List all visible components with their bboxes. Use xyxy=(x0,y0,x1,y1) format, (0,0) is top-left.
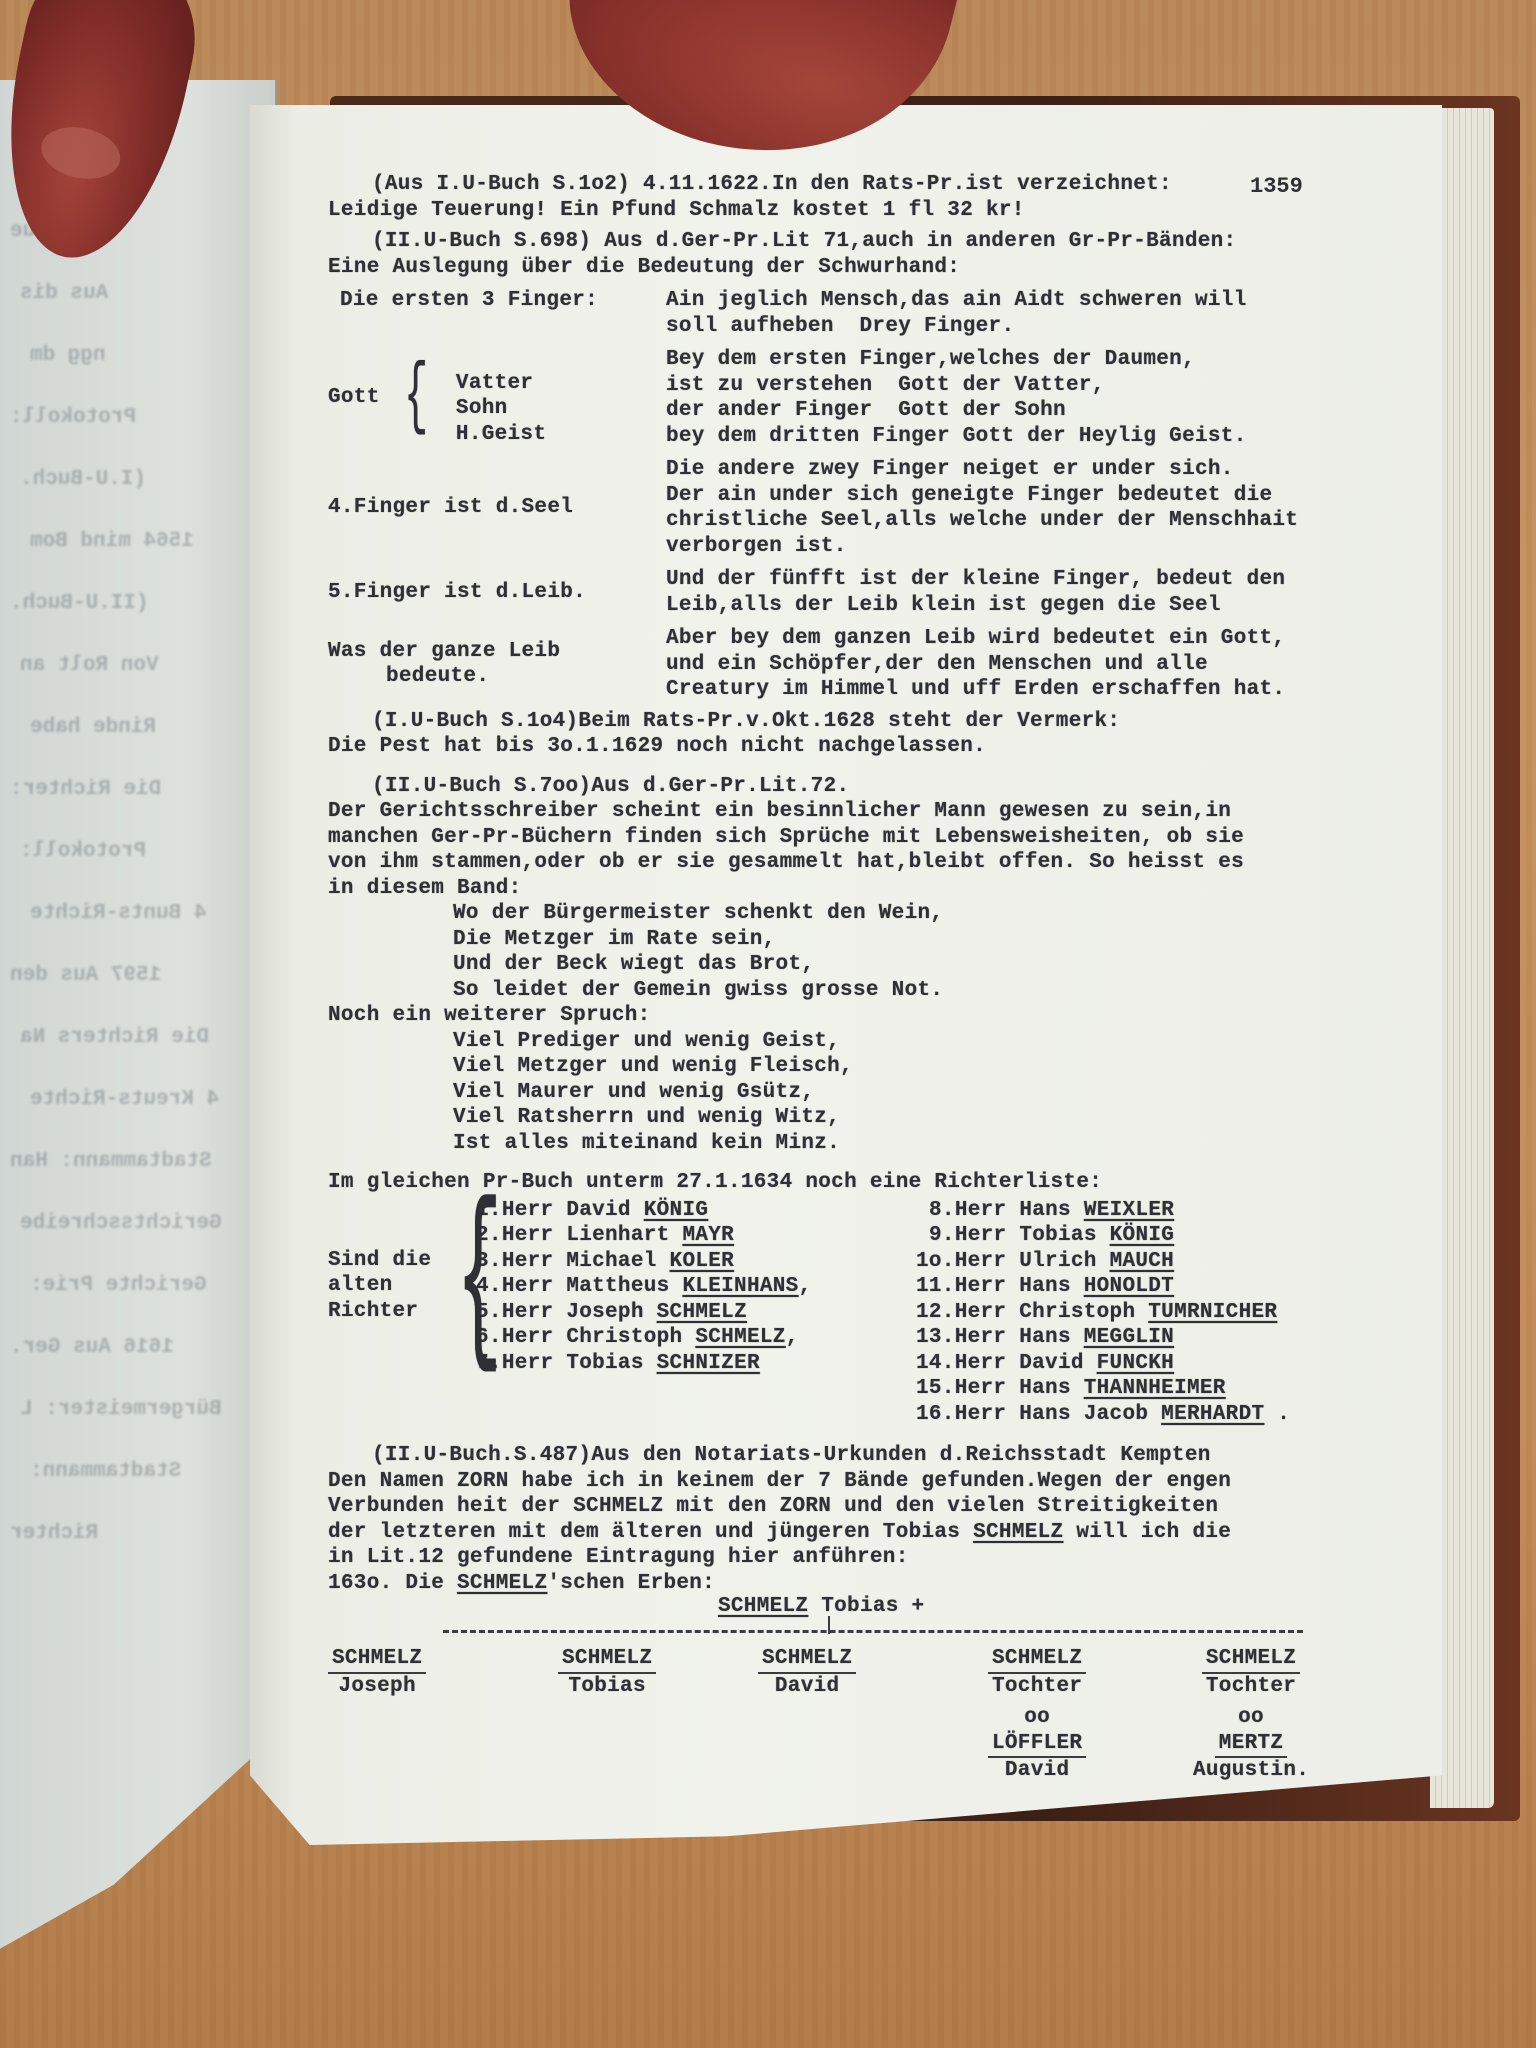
ghost-text: 1597 Aus den xyxy=(10,964,161,987)
ghost-text: Aus dis xyxy=(20,282,108,305)
tree-child: SCHMELZDavid xyxy=(758,1646,856,1699)
judge-surname: MAUCH xyxy=(1110,1250,1175,1273)
paragraph-line: in diesem Band: xyxy=(328,876,1428,902)
child-given-name: Joseph xyxy=(328,1674,426,1700)
judge-entry: 1.Herr David KÖNIG xyxy=(476,1198,916,1224)
label-line: alten xyxy=(328,1273,431,1299)
judge-title: Herr xyxy=(502,1224,567,1247)
text-line: ist zu verstehen Gott der Vatter, xyxy=(666,373,1428,399)
judge-number: 8. xyxy=(929,1199,955,1222)
judge-title: Herr xyxy=(955,1275,1020,1298)
judge-surname: MERHARDT xyxy=(1161,1403,1264,1426)
judge-title: Herr xyxy=(502,1352,567,1375)
tree-child: SCHMELZTobias xyxy=(558,1646,656,1699)
schwurhand-label: 5.Finger ist d.Leib. xyxy=(328,567,658,618)
tree-child: SCHMELZTochterooMERTZAugustin. xyxy=(1193,1646,1309,1784)
tree-root: SCHMELZ Tobias + xyxy=(718,1594,924,1620)
judge-surname: HONOLDT xyxy=(1084,1275,1174,1298)
entry-1622-heading: (Aus I.U-Buch S.1o2) 4.11.1622.In den Ra… xyxy=(328,172,1428,198)
brace-glyph: { xyxy=(404,358,428,438)
verse-prediger: Viel Prediger und wenig Geist,Viel Metzg… xyxy=(328,1029,1428,1157)
judge-given-name: Hans xyxy=(1019,1275,1084,1298)
judge-given-name: Hans xyxy=(1019,1377,1084,1400)
child-surname: SCHMELZ xyxy=(1202,1646,1300,1674)
judge-entry: 15.Herr Hans THANNHEIMER xyxy=(916,1376,1428,1402)
ghost-text: Stadtammann: xyxy=(30,1460,181,1483)
judges-left-column: 1.Herr David KÖNIG2.Herr Lienhart MAYR3.… xyxy=(476,1198,916,1428)
trinity-label: Gott xyxy=(328,385,380,411)
text-line: Und der fünfft ist der kleine Finger, be… xyxy=(666,567,1428,593)
judge-surname: SCHNIZER xyxy=(657,1352,760,1375)
schwurhand-text: Aber bey dem ganzen Leib wird bedeutet e… xyxy=(666,626,1428,703)
child-surname: SCHMELZ xyxy=(558,1646,656,1674)
text-line: verborgen ist. xyxy=(666,534,1428,560)
entry-schwurhand-heading: (II.U-Buch S.698) Aus d.Ger-Pr.Lit 71,au… xyxy=(328,229,1428,255)
judge-surname: FUNCKH xyxy=(1097,1352,1174,1375)
judge-given-name: Tobias xyxy=(1019,1224,1109,1247)
verse-line: So leidet der Gemein gwiss grosse Not. xyxy=(453,978,1428,1004)
spouse-given-name: David xyxy=(988,1758,1086,1784)
label-text: 4.Finger ist d.Seel xyxy=(328,495,573,521)
ghost-text: Protokoll: xyxy=(10,406,136,429)
ghost-text: ngg dm xyxy=(30,344,106,367)
trinity-group: Gott{VatterSohnH.Geist xyxy=(328,349,546,448)
entry-sprueche-heading: (II.U-Buch S.7oo)Aus d.Ger-Pr.Lit.72. xyxy=(328,774,1428,800)
tree-child: SCHMELZJoseph xyxy=(328,1646,426,1699)
schwurhand-label: Was der ganze Leibbedeute. xyxy=(328,626,658,703)
judge-entry: 4.Herr Mattheus KLEINHANS, xyxy=(476,1274,916,1300)
text-line: Der ain under sich geneigte Finger bedeu… xyxy=(666,483,1428,509)
schwurhand-text: Bey dem ersten Finger,welches der Daumen… xyxy=(666,347,1428,449)
judge-entry: 1o.Herr Ulrich MAUCH xyxy=(916,1249,1428,1275)
judge-number: 14. xyxy=(916,1352,955,1375)
heirs-heading: 163o. Die SCHMELZ'schen Erben: xyxy=(328,1571,1428,1597)
paragraph-line: Verbunden heit der SCHMELZ mit den ZORN … xyxy=(328,1494,1428,1520)
judge-number: 9. xyxy=(929,1224,955,1247)
judge-entry: 12.Herr Christoph TUMRNICHER xyxy=(916,1300,1428,1326)
schwurhand-text: Die andere zwey Finger neiget er under s… xyxy=(666,457,1428,559)
judge-entry: 3.Herr Michael KOLER xyxy=(476,1249,916,1275)
judge-surname: SCHMELZ xyxy=(695,1326,785,1349)
label-line: Richter xyxy=(328,1299,431,1325)
judge-surname: WEIXLER xyxy=(1084,1199,1174,1222)
trinity-persons: VatterSohnH.Geist xyxy=(456,349,546,448)
judge-title: Herr xyxy=(502,1275,567,1298)
notariat-line-tobias: der letzteren mit dem älteren und jünger… xyxy=(328,1520,1428,1546)
ghost-text: Von Rolt an xyxy=(20,654,159,677)
entry-1622-text: Leidige Teuerung! Ein Pfund Schmalz kost… xyxy=(328,198,1428,224)
entry-schwurhand-subheading: Eine Auslegung über die Bedeutung der Sc… xyxy=(328,255,1428,281)
spouse-surname: LÖFFLER xyxy=(988,1731,1086,1759)
judge-title: Herr xyxy=(955,1352,1020,1375)
sprueche-paragraph: Der Gerichtsschreiber scheint ein besinn… xyxy=(328,799,1428,901)
notariat-line-last: in Lit.12 gefundene Eintragung hier anfü… xyxy=(328,1545,1428,1571)
child-given-name: Tochter xyxy=(1193,1674,1309,1700)
verse-line: Wo der Bürgermeister schenkt den Wein, xyxy=(453,901,1428,927)
child-given-name: Tochter xyxy=(988,1674,1086,1700)
verse-buergermeister: Wo der Bürgermeister schenkt den Wein,Di… xyxy=(328,901,1428,1003)
text-line: und ein Schöpfer,der den Menschen und al… xyxy=(666,652,1428,678)
schwurhand-row: Gott{VatterSohnH.GeistBey dem ersten Fin… xyxy=(328,347,1428,449)
judge-surname: KÖNIG xyxy=(1110,1224,1175,1247)
child-given-name: David xyxy=(758,1674,856,1700)
text-line: Leib,alls der Leib klein ist gegen die S… xyxy=(666,593,1428,619)
schwurhand-text: Ain jeglich Mensch,das ain Aidt schweren… xyxy=(666,288,1428,339)
judge-given-name: Hans xyxy=(1019,1326,1084,1349)
text-line: der ander Finger Gott der Sohn xyxy=(666,398,1428,424)
judge-given-name: David xyxy=(566,1199,643,1222)
judge-number: 12. xyxy=(916,1301,955,1324)
text-line: Bey dem ersten Finger,welches der Daumen… xyxy=(666,347,1428,373)
ghost-text: Protokoll: xyxy=(20,840,146,863)
judge-surname: MEGGLIN xyxy=(1084,1326,1174,1349)
ghost-text: Die Richters Na xyxy=(20,1026,209,1049)
marriage-symbol: oo xyxy=(988,1705,1086,1731)
judge-given-name: Christoph xyxy=(1019,1301,1148,1324)
text-line: soll aufheben Drey Finger. xyxy=(666,314,1428,340)
judge-given-name: David xyxy=(1019,1352,1096,1375)
ghost-text: 1616 Aus Ger. xyxy=(10,1336,174,1359)
text-line: Creatury im Himmel und uff Erden erschaf… xyxy=(666,677,1428,703)
schwurhand-label: Die ersten 3 Finger: xyxy=(328,288,658,339)
schwurhand-table: Die ersten 3 Finger:Ain jeglich Mensch,d… xyxy=(328,288,1428,703)
child-surname: SCHMELZ xyxy=(988,1646,1086,1674)
notariat-paragraph: Den Namen ZORN habe ich in keinem der 7 … xyxy=(328,1469,1428,1520)
tree-child: SCHMELZTochterooLÖFFLERDavid xyxy=(988,1646,1086,1784)
tree-sibling-line xyxy=(443,1630,1303,1633)
ghost-text: (II.U-Buch. xyxy=(10,592,149,615)
judge-surname: THANNHEIMER xyxy=(1084,1377,1226,1400)
judge-suffix: . xyxy=(1264,1403,1290,1426)
ghost-text: Stadtammann: Han xyxy=(10,1150,212,1173)
judge-entry: 14.Herr David FUNCKH xyxy=(916,1351,1428,1377)
spouse-surname: MERTZ xyxy=(1215,1731,1288,1759)
text-line: Ain jeglich Mensch,das ain Aidt schweren… xyxy=(666,288,1428,314)
judge-number: 16. xyxy=(916,1403,955,1426)
child-surname: SCHMELZ xyxy=(328,1646,426,1674)
schwurhand-text: Und der fünfft ist der kleine Finger, be… xyxy=(666,567,1428,618)
verse-line: Ist alles miteinand kein Minz. xyxy=(453,1131,1428,1157)
judge-number: 15. xyxy=(916,1377,955,1400)
judge-entry: 7.Herr Tobias SCHNIZER xyxy=(476,1351,916,1377)
judge-surname: SCHMELZ xyxy=(657,1301,747,1324)
judge-entry: 11.Herr Hans HONOLDT xyxy=(916,1274,1428,1300)
label-line: Sind die xyxy=(328,1248,431,1274)
judge-suffix: , xyxy=(799,1275,812,1298)
entry-pest-heading: (I.U-Buch S.1o4)Beim Rats-Pr.v.Okt.1628 … xyxy=(328,709,1428,735)
label-lines: Was der ganze Leibbedeute. xyxy=(328,639,560,690)
judge-entry: 16.Herr Hans Jacob MERHARDT . xyxy=(916,1402,1428,1428)
paragraph-line: von ihm stammen,oder ob er sie gesammelt… xyxy=(328,850,1428,876)
verse-line: Und der Beck wiegt das Brot, xyxy=(453,952,1428,978)
judge-given-name: Mattheus xyxy=(566,1275,682,1298)
judge-suffix: , xyxy=(786,1326,799,1349)
judge-title: Herr xyxy=(955,1199,1020,1222)
text-line: Die andere zwey Finger neiget er under s… xyxy=(666,457,1428,483)
judge-given-name: Ulrich xyxy=(1019,1250,1109,1273)
judge-given-name: Hans Jacob xyxy=(1019,1403,1161,1426)
judge-given-name: Christoph xyxy=(566,1326,695,1349)
judge-title: Herr xyxy=(955,1377,1020,1400)
child-given-name: Tobias xyxy=(558,1674,656,1700)
ghost-text: Bürgermeister: L xyxy=(20,1398,222,1421)
judge-title: Herr xyxy=(955,1301,1020,1324)
label-line: Was der ganze Leib xyxy=(328,639,560,665)
ghost-text: Richter xyxy=(10,1522,98,1545)
judge-entry: 2.Herr Lienhart MAYR xyxy=(476,1223,916,1249)
judge-given-name: Hans xyxy=(1019,1199,1084,1222)
ghost-text: Gerichte Prie: xyxy=(30,1274,206,1297)
judge-number: 1o. xyxy=(916,1250,955,1273)
judge-title: Herr xyxy=(955,1224,1020,1247)
paragraph-line: Der Gerichtsschreiber scheint ein besinn… xyxy=(328,799,1428,825)
verse-line: Viel Ratsherrn und wenig Witz, xyxy=(453,1105,1428,1131)
ghost-text: Rinde habe xyxy=(30,716,156,739)
label-lines: Sind diealtenRichter xyxy=(328,1248,431,1325)
judge-entry: 9.Herr Tobias KÖNIG xyxy=(916,1223,1428,1249)
schwurhand-row: Die ersten 3 Finger:Ain jeglich Mensch,d… xyxy=(328,288,1428,339)
verse-line: Die Metzger im Rate sein, xyxy=(453,927,1428,953)
schwurhand-label: Gott{VatterSohnH.Geist xyxy=(328,347,658,449)
text-line: christliche Seel,alls welche under der M… xyxy=(666,508,1428,534)
entry-notariat-heading: (II.U-Buch.S.487)Aus den Notariats-Urkun… xyxy=(328,1443,1428,1469)
thumbnail-highlight xyxy=(36,120,125,186)
judge-title: Herr xyxy=(955,1403,1020,1426)
trinity-person: Vatter xyxy=(456,371,546,397)
schwurhand-label: 4.Finger ist d.Seel xyxy=(328,457,658,559)
judge-title: Herr xyxy=(502,1301,567,1324)
ghost-text: 4 Bunts-Richte xyxy=(30,902,206,925)
judge-number: 13. xyxy=(916,1326,955,1349)
spouse-given-name: Augustin. xyxy=(1193,1758,1309,1784)
judge-entry: 13.Herr Hans MEGGLIN xyxy=(916,1325,1428,1351)
text-line: Aber bey dem ganzen Leib wird bedeutet e… xyxy=(666,626,1428,652)
judge-number: 11. xyxy=(916,1275,955,1298)
brace-glyph: { xyxy=(456,1188,467,1428)
trinity-person: Sohn xyxy=(456,396,546,422)
ghost-text: 1564 mind Bom xyxy=(30,530,194,553)
verse-intro: Noch ein weiterer Spruch: xyxy=(328,1003,1428,1029)
child-surname: SCHMELZ xyxy=(758,1646,856,1674)
schwurhand-row: 4.Finger ist d.SeelDie andere zwey Finge… xyxy=(328,457,1428,559)
paragraph-line: manchen Ger-Pr-Büchern finden sich Sprüc… xyxy=(328,825,1428,851)
judge-title: Herr xyxy=(955,1326,1020,1349)
paragraph-line: Den Namen ZORN habe ich in keinem der 7 … xyxy=(328,1469,1428,1495)
schwurhand-row: Was der ganze Leibbedeute.Aber bey dem g… xyxy=(328,626,1428,703)
ghost-text: Die Richter: xyxy=(10,778,161,801)
judge-given-name: Lienhart xyxy=(566,1224,682,1247)
judge-surname: KOLER xyxy=(670,1250,735,1273)
ghost-text: 4 Kreuts-Richte xyxy=(30,1088,219,1111)
judge-given-name: Michael xyxy=(566,1250,669,1273)
judge-entry: 8.Herr Hans WEIXLER xyxy=(916,1198,1428,1224)
judges-group-label: Sind diealtenRichter xyxy=(328,1198,448,1428)
family-tree: SCHMELZ Tobias + SCHMELZJosephSCHMELZTob… xyxy=(328,1600,1428,1800)
marriage-symbol: oo xyxy=(1193,1705,1309,1731)
verse-line: Viel Maurer und wenig Gsütz, xyxy=(453,1080,1428,1106)
judge-surname: MAYR xyxy=(682,1224,734,1247)
typewritten-text: (Aus I.U-Buch S.1o2) 4.11.1622.In den Ra… xyxy=(328,172,1428,1800)
ghost-text: (I.U-Buch. xyxy=(20,468,146,491)
text-line: bey dem dritten Finger Gott der Heylig G… xyxy=(666,424,1428,450)
verse-line: Viel Metzger und wenig Fleisch, xyxy=(453,1054,1428,1080)
judge-title: Herr xyxy=(502,1199,567,1222)
judge-given-name: Joseph xyxy=(566,1301,656,1324)
judge-entry: 5.Herr Joseph SCHMELZ xyxy=(476,1300,916,1326)
judge-surname: KLEINHANS xyxy=(682,1275,798,1298)
ghost-text: Gerichtsschreibe xyxy=(20,1212,222,1235)
schwurhand-row: 5.Finger ist d.Leib.Und der fünfft ist d… xyxy=(328,567,1428,618)
trinity-person: H.Geist xyxy=(456,422,546,448)
verse-line: Viel Prediger und wenig Geist, xyxy=(453,1029,1428,1055)
label-line: bedeute. xyxy=(328,664,560,690)
judge-given-name: Tobias xyxy=(566,1352,656,1375)
judge-title: Herr xyxy=(502,1250,567,1273)
judges-right-column: 8.Herr Hans WEIXLER9.Herr Tobias KÖNIG1o… xyxy=(916,1198,1428,1428)
judge-title: Herr xyxy=(502,1326,567,1349)
left-facing-page: BueAus disngg dmProtokoll:(I.U-Buch.1564… xyxy=(0,80,277,1960)
judge-surname: TUMRNICHER xyxy=(1148,1301,1277,1324)
label-text: Die ersten 3 Finger: xyxy=(340,288,598,314)
judge-entry: 6.Herr Christoph SCHMELZ, xyxy=(476,1325,916,1351)
judge-title: Herr xyxy=(955,1250,1020,1273)
judges-list: Sind diealtenRichter { 1.Herr David KÖNI… xyxy=(328,1198,1428,1428)
judge-surname: KÖNIG xyxy=(644,1199,709,1222)
label-text: 5.Finger ist d.Leib. xyxy=(328,580,586,606)
entry-pest-text: Die Pest hat bis 3o.1.1629 noch nicht na… xyxy=(328,734,1428,760)
